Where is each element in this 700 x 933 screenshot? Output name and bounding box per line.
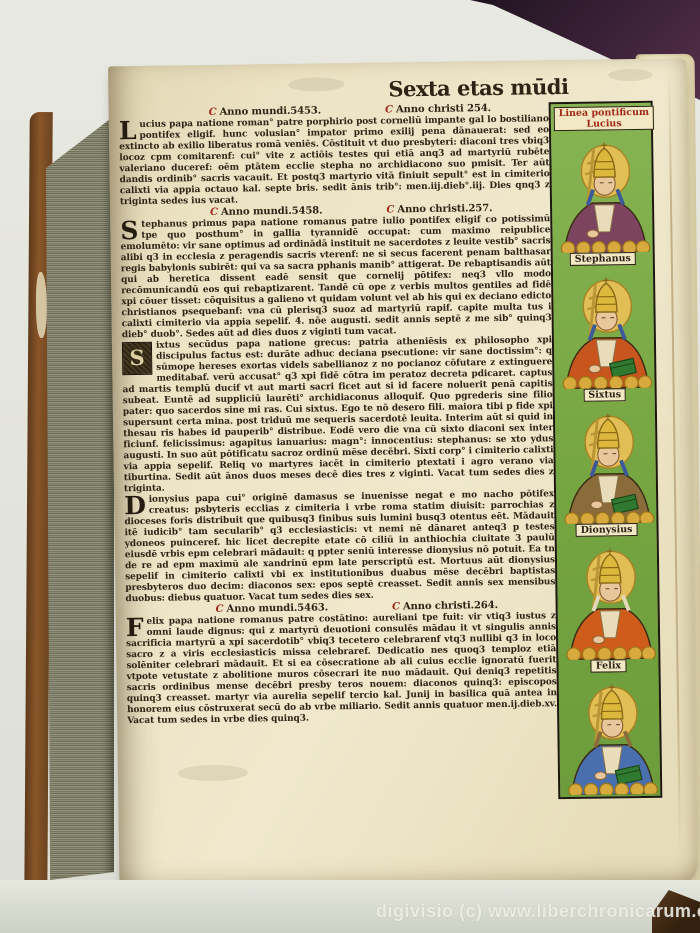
page-fold-crease: [668, 65, 681, 856]
pope-name-banner: Dionysius: [576, 523, 638, 537]
chronicle-entry: Lucius papa natione roman° patre porphir…: [119, 114, 550, 208]
chronicle-entry: Felix papa natione romanus patre costāti…: [126, 611, 557, 727]
pope-illustration: [561, 671, 659, 795]
pope-name-banner: Sixtus: [583, 388, 626, 402]
pope-name-banner: Felix: [591, 659, 626, 672]
pope-illustration: [555, 265, 653, 389]
rubric-capitulum-mark: C: [209, 107, 217, 118]
pope-illustration: [557, 401, 655, 525]
pope-cell: [554, 130, 650, 254]
pope-hand: [593, 636, 605, 644]
photo-of-incunable-book: Sexta etas mūdi CAnno mundi.5453.CAnno c…: [0, 0, 700, 933]
pope-cell: [560, 536, 656, 660]
text-column: CAnno mundi.5453.CAnno christi 254.Luciu…: [119, 102, 558, 727]
page-stack-edge: [46, 116, 114, 880]
drop-cap-initial: L: [119, 120, 140, 141]
pope-name-banner: Stephanus: [570, 252, 636, 266]
woodcut-initial: S: [122, 342, 152, 375]
pope-name-label: Lucius: [559, 118, 649, 130]
rubric-capitulum-mark: C: [385, 104, 393, 115]
drop-cap-initial: D: [124, 495, 149, 516]
pope-hand: [587, 230, 599, 238]
entry-text: elix papa natione romanus patre costātin…: [126, 611, 557, 726]
pope-hand: [591, 501, 603, 509]
entry-text: ucius papa natione roman° patre porphiri…: [119, 114, 550, 207]
entry-text: ixtus secūdus papa natione grecus: patri…: [123, 335, 554, 494]
watermark-text: digivisio (c) www.liberchronicarum.com: [376, 901, 700, 922]
rubric-capitulum-mark: C: [386, 204, 394, 215]
drop-cap-initial: F: [126, 617, 147, 638]
book-page: Sexta etas mūdi CAnno mundi.5453.CAnno c…: [108, 58, 697, 890]
rubric-capitulum-mark: C: [210, 207, 218, 218]
pope-lineage-panel: Linea pontificum Lucius Stephanus: [549, 101, 663, 799]
pope-cell: [558, 401, 654, 525]
drop-cap-initial: S: [120, 220, 141, 241]
ink-showthrough: [288, 77, 344, 92]
rubric-capitulum-mark: C: [216, 604, 224, 615]
chronicle-entry: Stephanus primus papa natione romanus pa…: [120, 214, 552, 341]
pope-cell: [562, 671, 658, 795]
chronicle-entry: Dionysius papa cui° originē damasus se i…: [124, 489, 555, 605]
rubric-capitulum-mark: C: [392, 601, 400, 612]
panel-title: Linea pontificum: [559, 107, 649, 119]
pope-hand: [595, 771, 607, 779]
pope-cell: [556, 265, 652, 389]
pope-illustration: [553, 130, 651, 254]
chronicle-entry: Sixtus secūdus papa natione grecus: patr…: [122, 335, 554, 495]
pope-illustration: [559, 536, 657, 660]
ink-showthrough: [178, 764, 248, 781]
page-title: Sexta etas mūdi: [348, 73, 608, 102]
ink-showthrough: [608, 69, 652, 82]
entry-text: ionysius papa cui° originē damasus se in…: [124, 489, 555, 604]
pope-hand: [589, 365, 601, 373]
entry-text: tephanus primus papa natione romanus pat…: [121, 214, 552, 340]
panel-title-banner: Linea pontificum Lucius: [554, 106, 655, 131]
